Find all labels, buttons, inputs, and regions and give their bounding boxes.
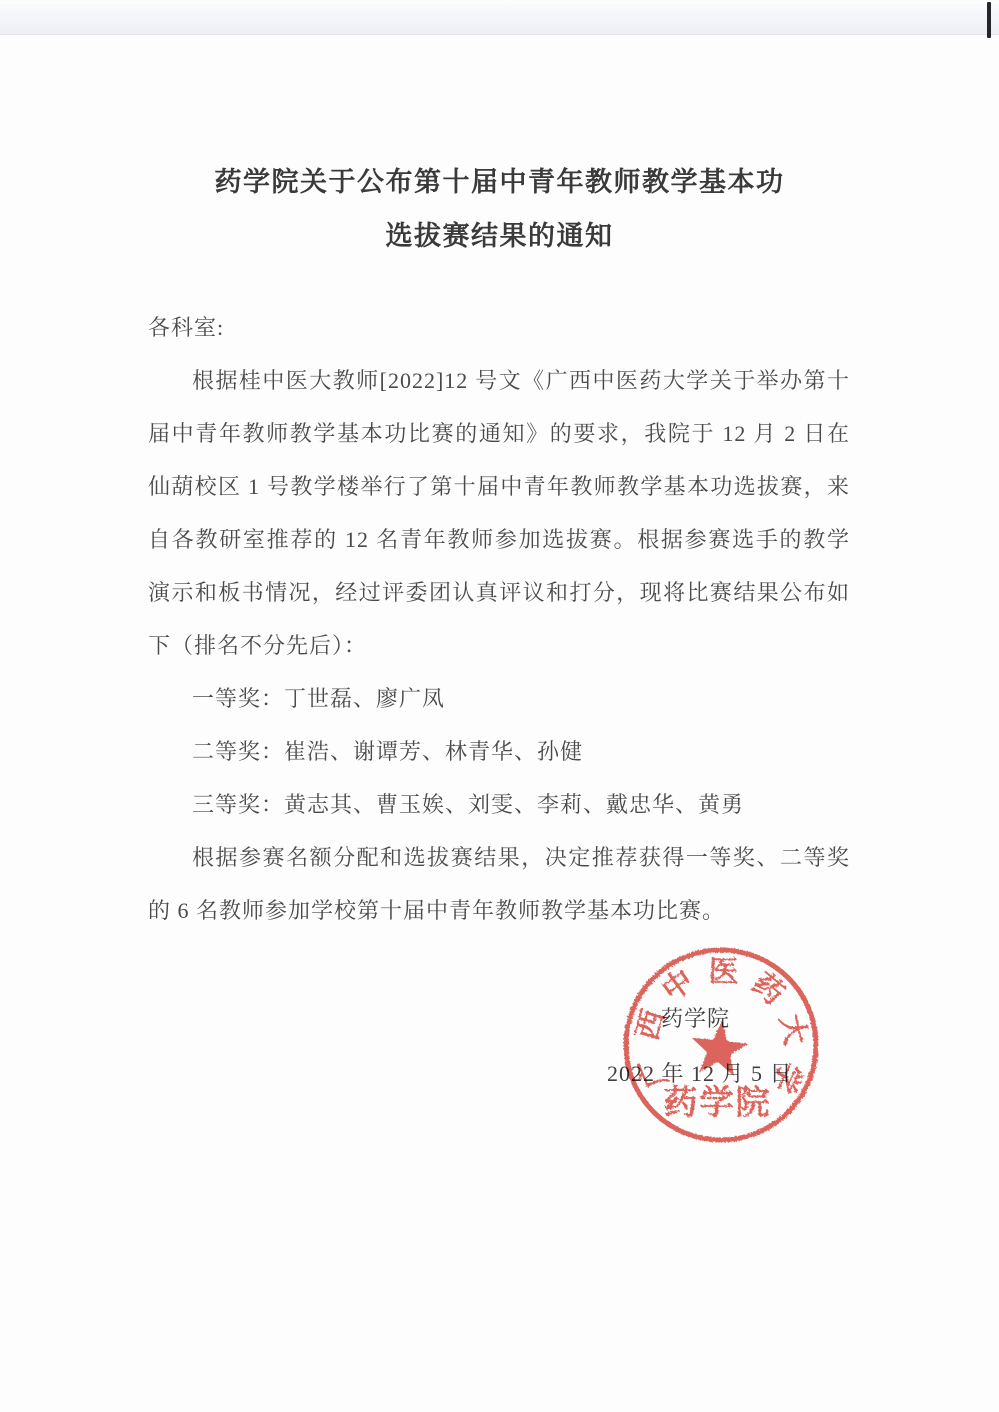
scan-edge-band (0, 4, 999, 35)
scanned-notice-page: 药学院关于公布第十届中青年教师教学基本功 选拔赛结果的通知 各科室: 根据桂中医… (0, 0, 999, 1412)
scan-edge-tick (987, 2, 991, 38)
award-names: 黄志其、曹玉娭、刘雯、李莉、戴忠华、黄勇 (284, 792, 744, 817)
award-label: 一等奖： (192, 686, 284, 711)
award-label: 二等奖： (192, 739, 284, 764)
intro-paragraph: 根据桂中医大教师[2022]12 号文《广西中医药大学关于举办第十届中青年教师教… (148, 354, 850, 672)
award-names: 崔浩、谢谭芳、林青华、孙健 (284, 739, 583, 764)
svg-text:大: 大 (773, 1012, 812, 1048)
seal-name-text: 药学院 (664, 1084, 772, 1122)
official-seal: 广 西 中 医 药 大 学 药学院 (621, 945, 821, 1145)
award-label: 三等奖： (192, 792, 284, 817)
title-line-1: 药学院关于公布第十届中青年教师教学基本功 (0, 155, 999, 209)
svg-text:西: 西 (631, 1006, 671, 1044)
seal-star-icon (688, 1017, 750, 1077)
title-line-2: 选拔赛结果的通知 (0, 209, 999, 263)
salutation: 各科室: (148, 301, 850, 354)
award-line-third: 三等奖：黄志其、曹玉娭、刘雯、李莉、戴忠华、黄勇 (148, 778, 850, 831)
award-line-first: 一等奖：丁世磊、廖广凤 (148, 672, 850, 725)
award-names: 丁世磊、廖广凤 (284, 686, 445, 711)
notice-title: 药学院关于公布第十届中青年教师教学基本功 选拔赛结果的通知 (0, 155, 999, 263)
award-line-second: 二等奖：崔浩、谢谭芳、林青华、孙健 (148, 725, 850, 778)
notice-body: 各科室: 根据桂中医大教师[2022]12 号文《广西中医药大学关于举办第十届中… (148, 301, 850, 937)
svg-text:医: 医 (708, 955, 739, 989)
closing-paragraph: 根据参赛名额分配和选拔赛结果，决定推荐获得一等奖、二等奖的 6 名教师参加学校第… (148, 831, 850, 937)
